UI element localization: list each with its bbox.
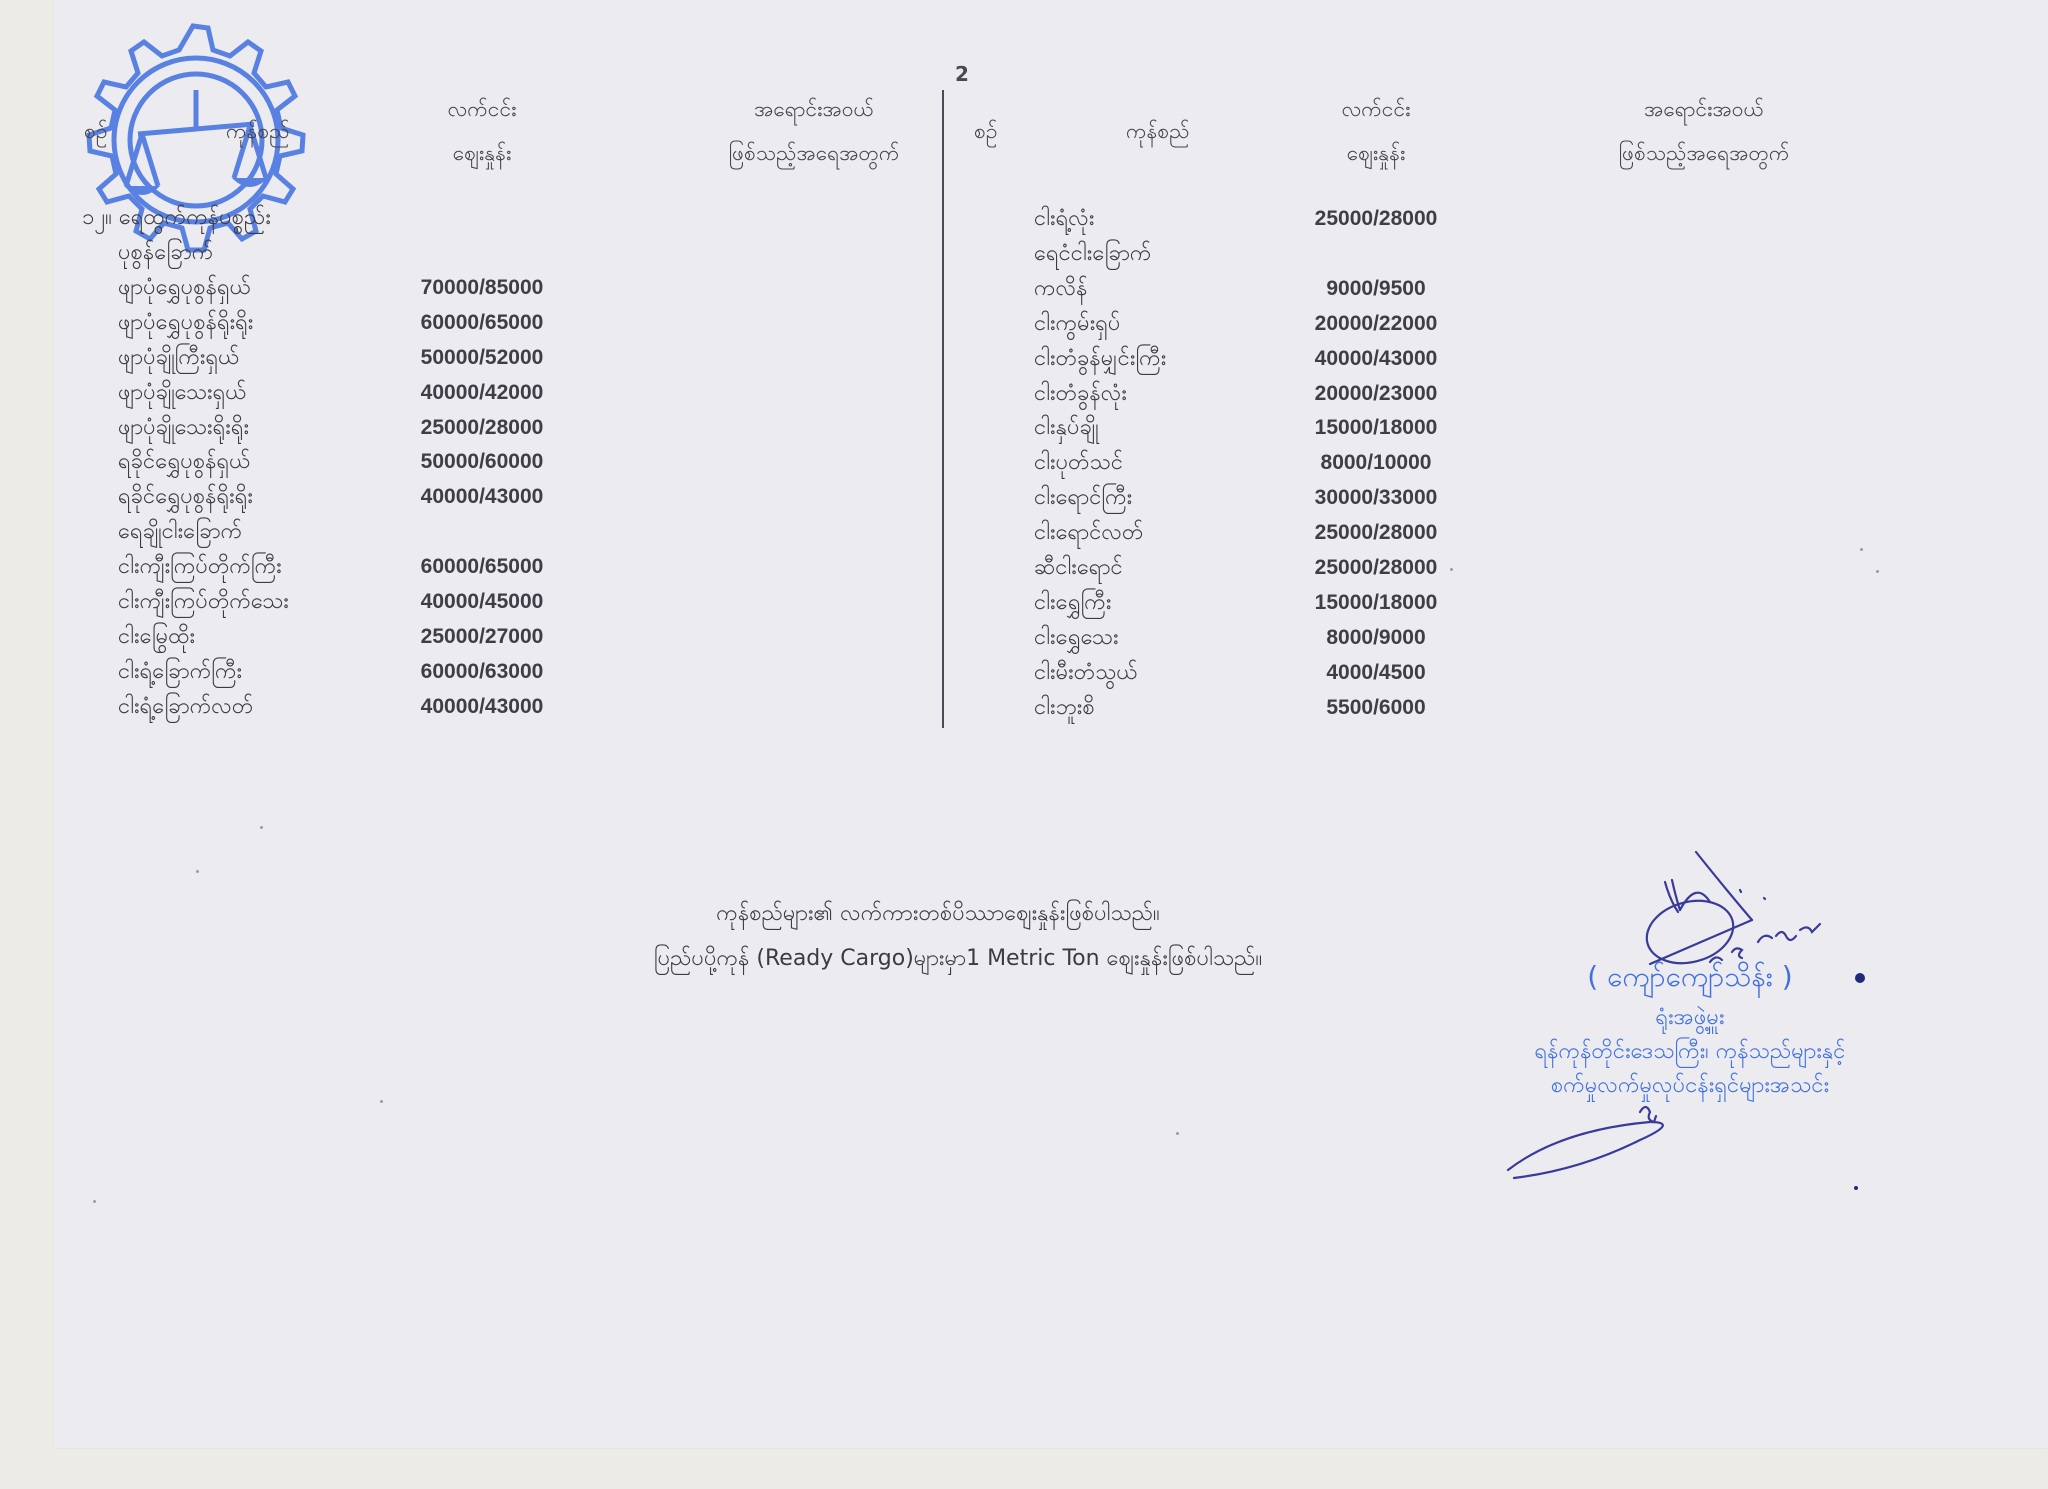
- table-row: ငါးတံခွန်လုံး20000/23000: [1034, 377, 1496, 411]
- commodity-name: ဖျာပုံရွှေပုစွန်ရှယ်: [118, 271, 251, 305]
- paper-speck: [93, 1200, 96, 1203]
- table-row: ရေချိုငါးခြောက်: [118, 515, 602, 549]
- table-row: ငါးကျီးကြပ်တိုက်သေး40000/45000: [118, 585, 602, 619]
- paper-speck: [380, 1100, 383, 1103]
- commodity-name: ငါးရံ့လုံး: [1034, 202, 1094, 236]
- commodity-price: 60000/65000: [421, 306, 544, 340]
- commodity-name: ရေချိုငါးခြောက်: [118, 515, 242, 549]
- commodity-name: ဖျာပုံရွှေပုစွန်ရိုးရိုး: [118, 306, 253, 340]
- table-row: ငါးပုတ်သင်8000/10000: [1034, 446, 1496, 480]
- paper-speck: [1450, 568, 1453, 571]
- table-row: ရခိုင်ရွှေပုစွန်ရှယ်50000/60000: [118, 445, 602, 479]
- commodity-name: ငါးဘူးစိ: [1034, 691, 1095, 725]
- commodity-name: ငါးမီးတံသွယ်: [1034, 656, 1138, 690]
- left-header-remark-line2: ဖြစ်သည့်အရေအတွက်: [729, 140, 900, 171]
- commodity-name: ဖျာပုံချိုကြီးရှယ်: [118, 341, 239, 375]
- table-row: ငါးမြွေထိုး25000/27000: [118, 620, 602, 654]
- paper-speck: [260, 826, 263, 829]
- commodity-name: ငါးရွှေသေး: [1034, 621, 1119, 655]
- commodity-price: 5500/6000: [1326, 691, 1425, 725]
- footnote-wholesale: ကုန်စည်များ၏ လက်ကားတစ်ပိဿာဈေးနှုန်းဖြစ်ပ…: [716, 898, 1159, 931]
- commodity-name: ငါးတံခွန်လုံး: [1034, 377, 1127, 411]
- table-row: ရေငံငါးခြောက်: [1034, 237, 1496, 271]
- commodity-price: 50000/60000: [421, 445, 544, 479]
- commodity-price: 40000/43000: [1315, 342, 1438, 376]
- signatory-org-line1: ရန်ကုန်တိုင်းဒေသကြီး၊ ကုန်သည်များနှင့်: [1535, 1036, 1846, 1069]
- right-header-price-line1: လက်ငင်း: [1342, 96, 1411, 127]
- left-header-price-line2: ဈေးနှုန်း: [453, 140, 512, 171]
- commodity-name: ငါးမြွေထိုး: [118, 620, 195, 654]
- commodity-price: 40000/42000: [421, 376, 544, 410]
- left-header-serial: စဉ်: [84, 118, 107, 149]
- commodity-price: 60000/65000: [421, 550, 544, 584]
- left-header-price-line1: လက်ငင်း: [448, 96, 517, 127]
- column-divider: [942, 90, 944, 728]
- commodity-name: ဖျာပုံချိုသေးရိုးရိုး: [118, 411, 249, 445]
- commodity-price: 40000/45000: [421, 585, 544, 619]
- section-title: ၁၂။ ရေထွက်ကုန်ပစ္စည်း: [82, 202, 271, 235]
- commodity-name: ငါးရွှေကြီး: [1034, 586, 1111, 620]
- table-row: ကလိန်9000/9500: [1034, 272, 1496, 306]
- commodity-name: ပုစွန်ခြောက်: [118, 236, 213, 270]
- table-row: ဖျာပုံချိုသေးရိုးရိုး25000/28000: [118, 411, 602, 445]
- table-row: ငါးဘူးစိ5500/6000: [1034, 691, 1496, 725]
- commodity-name: ရခိုင်ရွှေပုစွန်ရိုးရိုး: [118, 480, 253, 514]
- right-header-remark-line2: ဖြစ်သည့်အရေအတွက်: [1619, 140, 1790, 171]
- commodity-name: ရခိုင်ရွှေပုစွန်ရှယ်: [118, 445, 251, 479]
- table-row: ဖျာပုံချိုသေးရှယ်40000/42000: [118, 376, 602, 410]
- commodity-name: ငါးပုတ်သင်: [1034, 446, 1123, 480]
- commodity-name: ငါးရောင်ကြီး: [1034, 481, 1132, 515]
- right-header-price-line2: ဈေးနှုန်း: [1347, 140, 1406, 171]
- commodity-price: 70000/85000: [421, 271, 544, 305]
- commodity-name: ဆီငါးရောင်: [1034, 551, 1123, 585]
- footnote-ready-cargo: ပြည်ပပို့ကုန် (Ready Cargo)များမှာ1 Metr…: [654, 943, 1262, 976]
- commodity-price: 15000/18000: [1315, 411, 1438, 445]
- signatory-org-line2: စက်မှုလက်မှုလုပ်ငန်းရှင်များအသင်း: [1551, 1070, 1829, 1103]
- paper-speck: [1876, 570, 1879, 573]
- right-header-commodity: ကုန်စည်: [1126, 118, 1190, 149]
- table-row: ငါးရံ့လုံး25000/28000: [1034, 202, 1496, 236]
- table-row: ဖျာပုံချိုကြီးရှယ်50000/52000: [118, 341, 602, 375]
- table-row: ငါးကွမ်းရှပ်20000/22000: [1034, 307, 1496, 341]
- table-row: ဆီငါးရောင်25000/28000: [1034, 551, 1496, 585]
- table-row: ငါးရံ့ခြောက်လတ်40000/43000: [118, 690, 602, 724]
- commodity-price: 50000/52000: [421, 341, 544, 375]
- commodity-price: 60000/63000: [421, 655, 544, 689]
- table-row: ပုစွန်ခြောက်: [118, 236, 602, 270]
- commodity-price: 20000/22000: [1315, 307, 1438, 341]
- commodity-price: 8000/10000: [1321, 446, 1432, 480]
- commodity-price: 25000/28000: [421, 411, 544, 445]
- table-row: ငါးမီးတံသွယ်4000/4500: [1034, 656, 1496, 690]
- commodity-price: 20000/23000: [1315, 377, 1438, 411]
- table-row: ငါးရောင်လတ်25000/28000: [1034, 516, 1496, 550]
- table-row: ငါးရောင်ကြီး30000/33000: [1034, 481, 1496, 515]
- table-row: ဖျာပုံရွှေပုစွန်ရိုးရိုး60000/65000: [118, 306, 602, 340]
- table-row: ငါးနှပ်ချို15000/18000: [1034, 411, 1496, 445]
- table-row: ဖျာပုံရွှေပုစွန်ရှယ်70000/85000: [118, 271, 602, 305]
- commodity-name: ငါးရောင်လတ်: [1034, 516, 1143, 550]
- commodity-price: 30000/33000: [1315, 481, 1438, 515]
- commodity-name: ကလိန်: [1034, 272, 1088, 306]
- commodity-name: ရေငံငါးခြောက်: [1034, 237, 1151, 271]
- commodity-price: 25000/28000: [1315, 516, 1438, 550]
- right-header-serial: စဉ်: [974, 118, 997, 149]
- signatory-title: ရုံးအဖွဲ့မှူး: [1655, 1002, 1724, 1035]
- page-number: 2: [955, 62, 969, 86]
- commodity-name: ငါးကွမ်းရှပ်: [1034, 307, 1120, 341]
- right-header-remark-line1: အရောင်းအဝယ်: [1644, 96, 1764, 127]
- signatory-name: ( ကျော်ကျော်သိန်း ): [1587, 958, 1792, 1000]
- table-row: ငါးရွှေကြီး15000/18000: [1034, 586, 1496, 620]
- table-row: ငါးကျီးကြပ်တိုက်ကြီး60000/65000: [118, 550, 602, 584]
- paper-speck: [196, 870, 199, 873]
- commodity-price: 25000/28000: [1315, 202, 1438, 236]
- commodity-name: ငါးရံ့ခြောက်လတ်: [118, 690, 253, 724]
- commodity-name: ငါးကျီးကြပ်တိုက်ကြီး: [118, 550, 282, 584]
- table-row: ငါးတံခွန်မျှင်းကြီး40000/43000: [1034, 342, 1496, 376]
- commodity-name: ငါးကျီးကြပ်တိုက်သေး: [118, 585, 289, 619]
- commodity-name: ငါးတံခွန်မျှင်းကြီး: [1034, 342, 1166, 376]
- commodity-name: ငါးနှပ်ချို: [1034, 411, 1099, 445]
- commodity-price: 15000/18000: [1315, 586, 1438, 620]
- left-header-remark-line1: အရောင်းအဝယ်: [754, 96, 874, 127]
- table-row: ရခိုင်ရွှေပုစွန်ရိုးရိုး40000/43000: [118, 480, 602, 514]
- commodity-price: 25000/27000: [421, 620, 544, 654]
- paper-speck: [1860, 548, 1863, 551]
- table-row: ငါးရွှေသေး8000/9000: [1034, 621, 1496, 655]
- commodity-price: 8000/9000: [1326, 621, 1425, 655]
- commodity-name: ငါးရံ့ခြောက်ကြီး: [118, 655, 242, 689]
- commodity-price: 40000/43000: [421, 480, 544, 514]
- commodity-price: 4000/4500: [1326, 656, 1425, 690]
- paper-speck: [1176, 1132, 1179, 1135]
- table-row: ငါးရံ့ခြောက်ကြီး60000/63000: [118, 655, 602, 689]
- commodity-price: 9000/9500: [1326, 272, 1425, 306]
- commodity-price: 40000/43000: [421, 690, 544, 724]
- left-header-commodity: ကုန်စည်: [226, 118, 290, 149]
- commodity-name: ဖျာပုံချိုသေးရှယ်: [118, 376, 247, 410]
- commodity-price: 25000/28000: [1315, 551, 1438, 585]
